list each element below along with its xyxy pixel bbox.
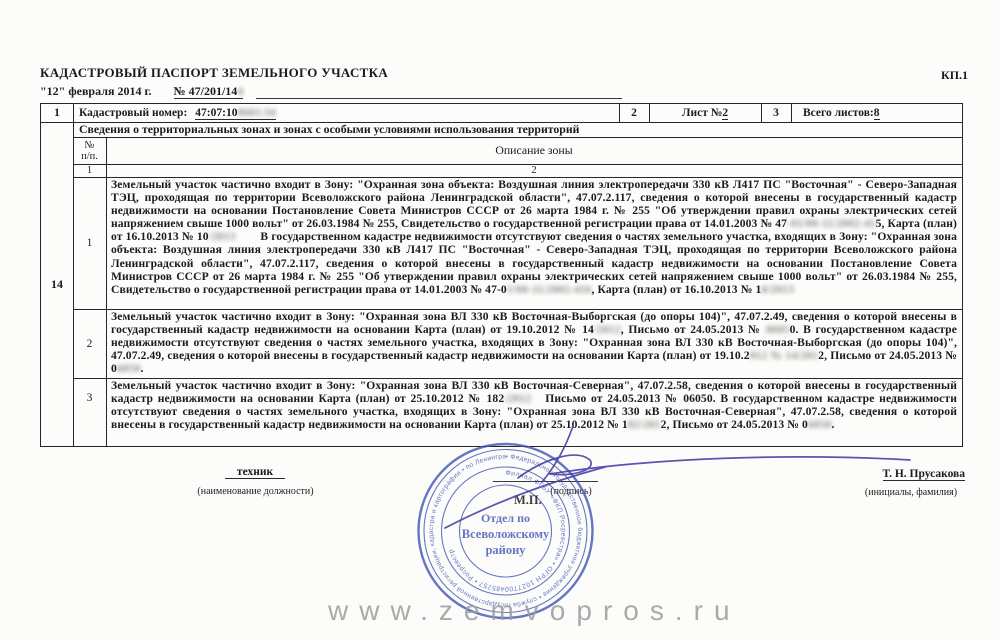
- zones-col-desc-index: 2: [106, 164, 962, 177]
- signature-stroke: [550, 457, 910, 474]
- page-title: КАДАСТРОВЫЙ ПАСПОРТ ЗЕМЕЛЬНОГО УЧАСТКА: [40, 65, 388, 81]
- watermark-text: www.zemvopros.ru: [328, 595, 741, 627]
- zone-row: Земельный участок частично входит в Зону…: [106, 177, 962, 309]
- zone-row: Земельный участок частично входит в Зону…: [106, 309, 962, 378]
- info-cell-number-3: 3: [761, 104, 791, 122]
- zones-col-no-line1: №: [84, 140, 94, 151]
- zone-description: Земельный участок частично входит в Зону…: [106, 177, 962, 296]
- zones-col-no-line2: п/п.: [81, 151, 98, 162]
- signature-stroke: [445, 467, 605, 528]
- zone-row-number: 2: [73, 309, 106, 378]
- zones-section-title: Сведения о территориальных зонах и зонах…: [73, 122, 962, 137]
- cadastral-number-label: Кадастровый номер:: [79, 107, 187, 119]
- total-sheets-value: 8: [874, 107, 880, 120]
- total-sheets-label: Всего листов:: [803, 107, 874, 119]
- zones-col-no-header-text: №п/п.: [81, 140, 98, 162]
- zones-col-no-header: №п/п.: [73, 137, 106, 164]
- zone-row-number: 1: [73, 177, 106, 309]
- position-title: техник: [225, 466, 285, 479]
- header-rule-line: [256, 98, 622, 99]
- issue-date: "12" февраля 2014 г.: [40, 84, 152, 98]
- form-code: КП.1: [941, 68, 968, 83]
- issue-date-line: "12" февраля 2014 г.№ 47/201/144: [40, 84, 243, 99]
- cadastral-table: 1 Кадастровый номер: 47:07:100601:34 2 Л…: [40, 103, 963, 447]
- zones-col-no-index: 1: [73, 164, 106, 177]
- zones-col-desc-header: Описание зоны: [106, 137, 962, 164]
- sheet-number-cell: Лист № 2: [649, 104, 761, 122]
- info-cell-number-2: 2: [619, 104, 649, 122]
- row-group-number: 14: [41, 122, 73, 446]
- zone-description: Земельный участок частично входит в Зону…: [106, 309, 962, 375]
- sheet-value: 2: [722, 107, 728, 120]
- cadastral-number-cell: Кадастровый номер: 47:07:100601:34: [73, 104, 619, 122]
- sheet-label: Лист №: [682, 107, 722, 119]
- signature-scribble: [400, 420, 920, 540]
- zone-row-number: 3: [73, 378, 106, 446]
- stamp-center-line3: району: [485, 543, 526, 557]
- doc-number: № 47/201/144: [174, 84, 244, 99]
- cadastral-passport-page: КАДАСТРОВЫЙ ПАСПОРТ ЗЕМЕЛЬНОГО УЧАСТКА "…: [0, 0, 1000, 641]
- cadastral-number-value: 47:07:100601:34: [195, 107, 276, 120]
- total-sheets-cell: Всего листов: 8: [791, 104, 962, 122]
- info-cell-number-1: 1: [41, 104, 73, 122]
- position-caption: (наименование должности): [183, 486, 328, 497]
